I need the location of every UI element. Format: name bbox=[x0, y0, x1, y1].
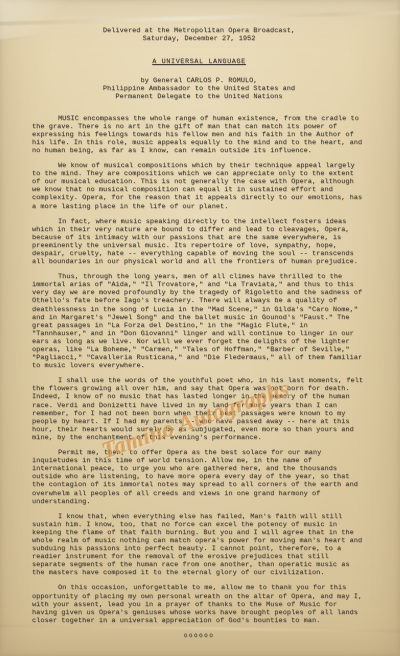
document-page: Delivered at the Metropolitan Opera Broa… bbox=[0, 0, 400, 656]
header-line-1: Delivered at the Metropolitan Opera Broa… bbox=[32, 27, 366, 35]
paragraph: I know that, when everything else has fa… bbox=[32, 513, 366, 578]
paragraph: We know of musical compositions which by… bbox=[32, 162, 366, 211]
document-header: Delivered at the Metropolitan Opera Broa… bbox=[32, 27, 366, 43]
byline: by General CARLOS P. ROMULO, Philippine … bbox=[32, 77, 366, 101]
byline-role-2: Permanent Delegate to the United Nations bbox=[32, 93, 366, 101]
document-content: Delivered at the Metropolitan Opera Broa… bbox=[0, 0, 400, 640]
speech-body: MUSIC encompasses the whole range of hum… bbox=[32, 115, 366, 625]
end-divider: oooooo bbox=[32, 632, 366, 640]
paragraph: In fact, where music speaking directly t… bbox=[32, 218, 366, 267]
paragraph: Thus, through the long years, men of all… bbox=[32, 273, 366, 370]
paragraph: I shall use the words of the youthful po… bbox=[32, 377, 366, 442]
paragraph: Permit me, then, to offer Opera as the b… bbox=[32, 449, 366, 506]
title-row: A UNIVERSAL LANGUAGE bbox=[32, 58, 366, 66]
paragraph: MUSIC encompasses the whole range of hum… bbox=[32, 115, 366, 155]
header-line-2: Saturday, December 27, 1952 bbox=[32, 35, 366, 43]
paragraph: On this occasion, unforgettable to me, a… bbox=[32, 584, 366, 624]
document-title: A UNIVERSAL LANGUAGE bbox=[152, 58, 246, 66]
